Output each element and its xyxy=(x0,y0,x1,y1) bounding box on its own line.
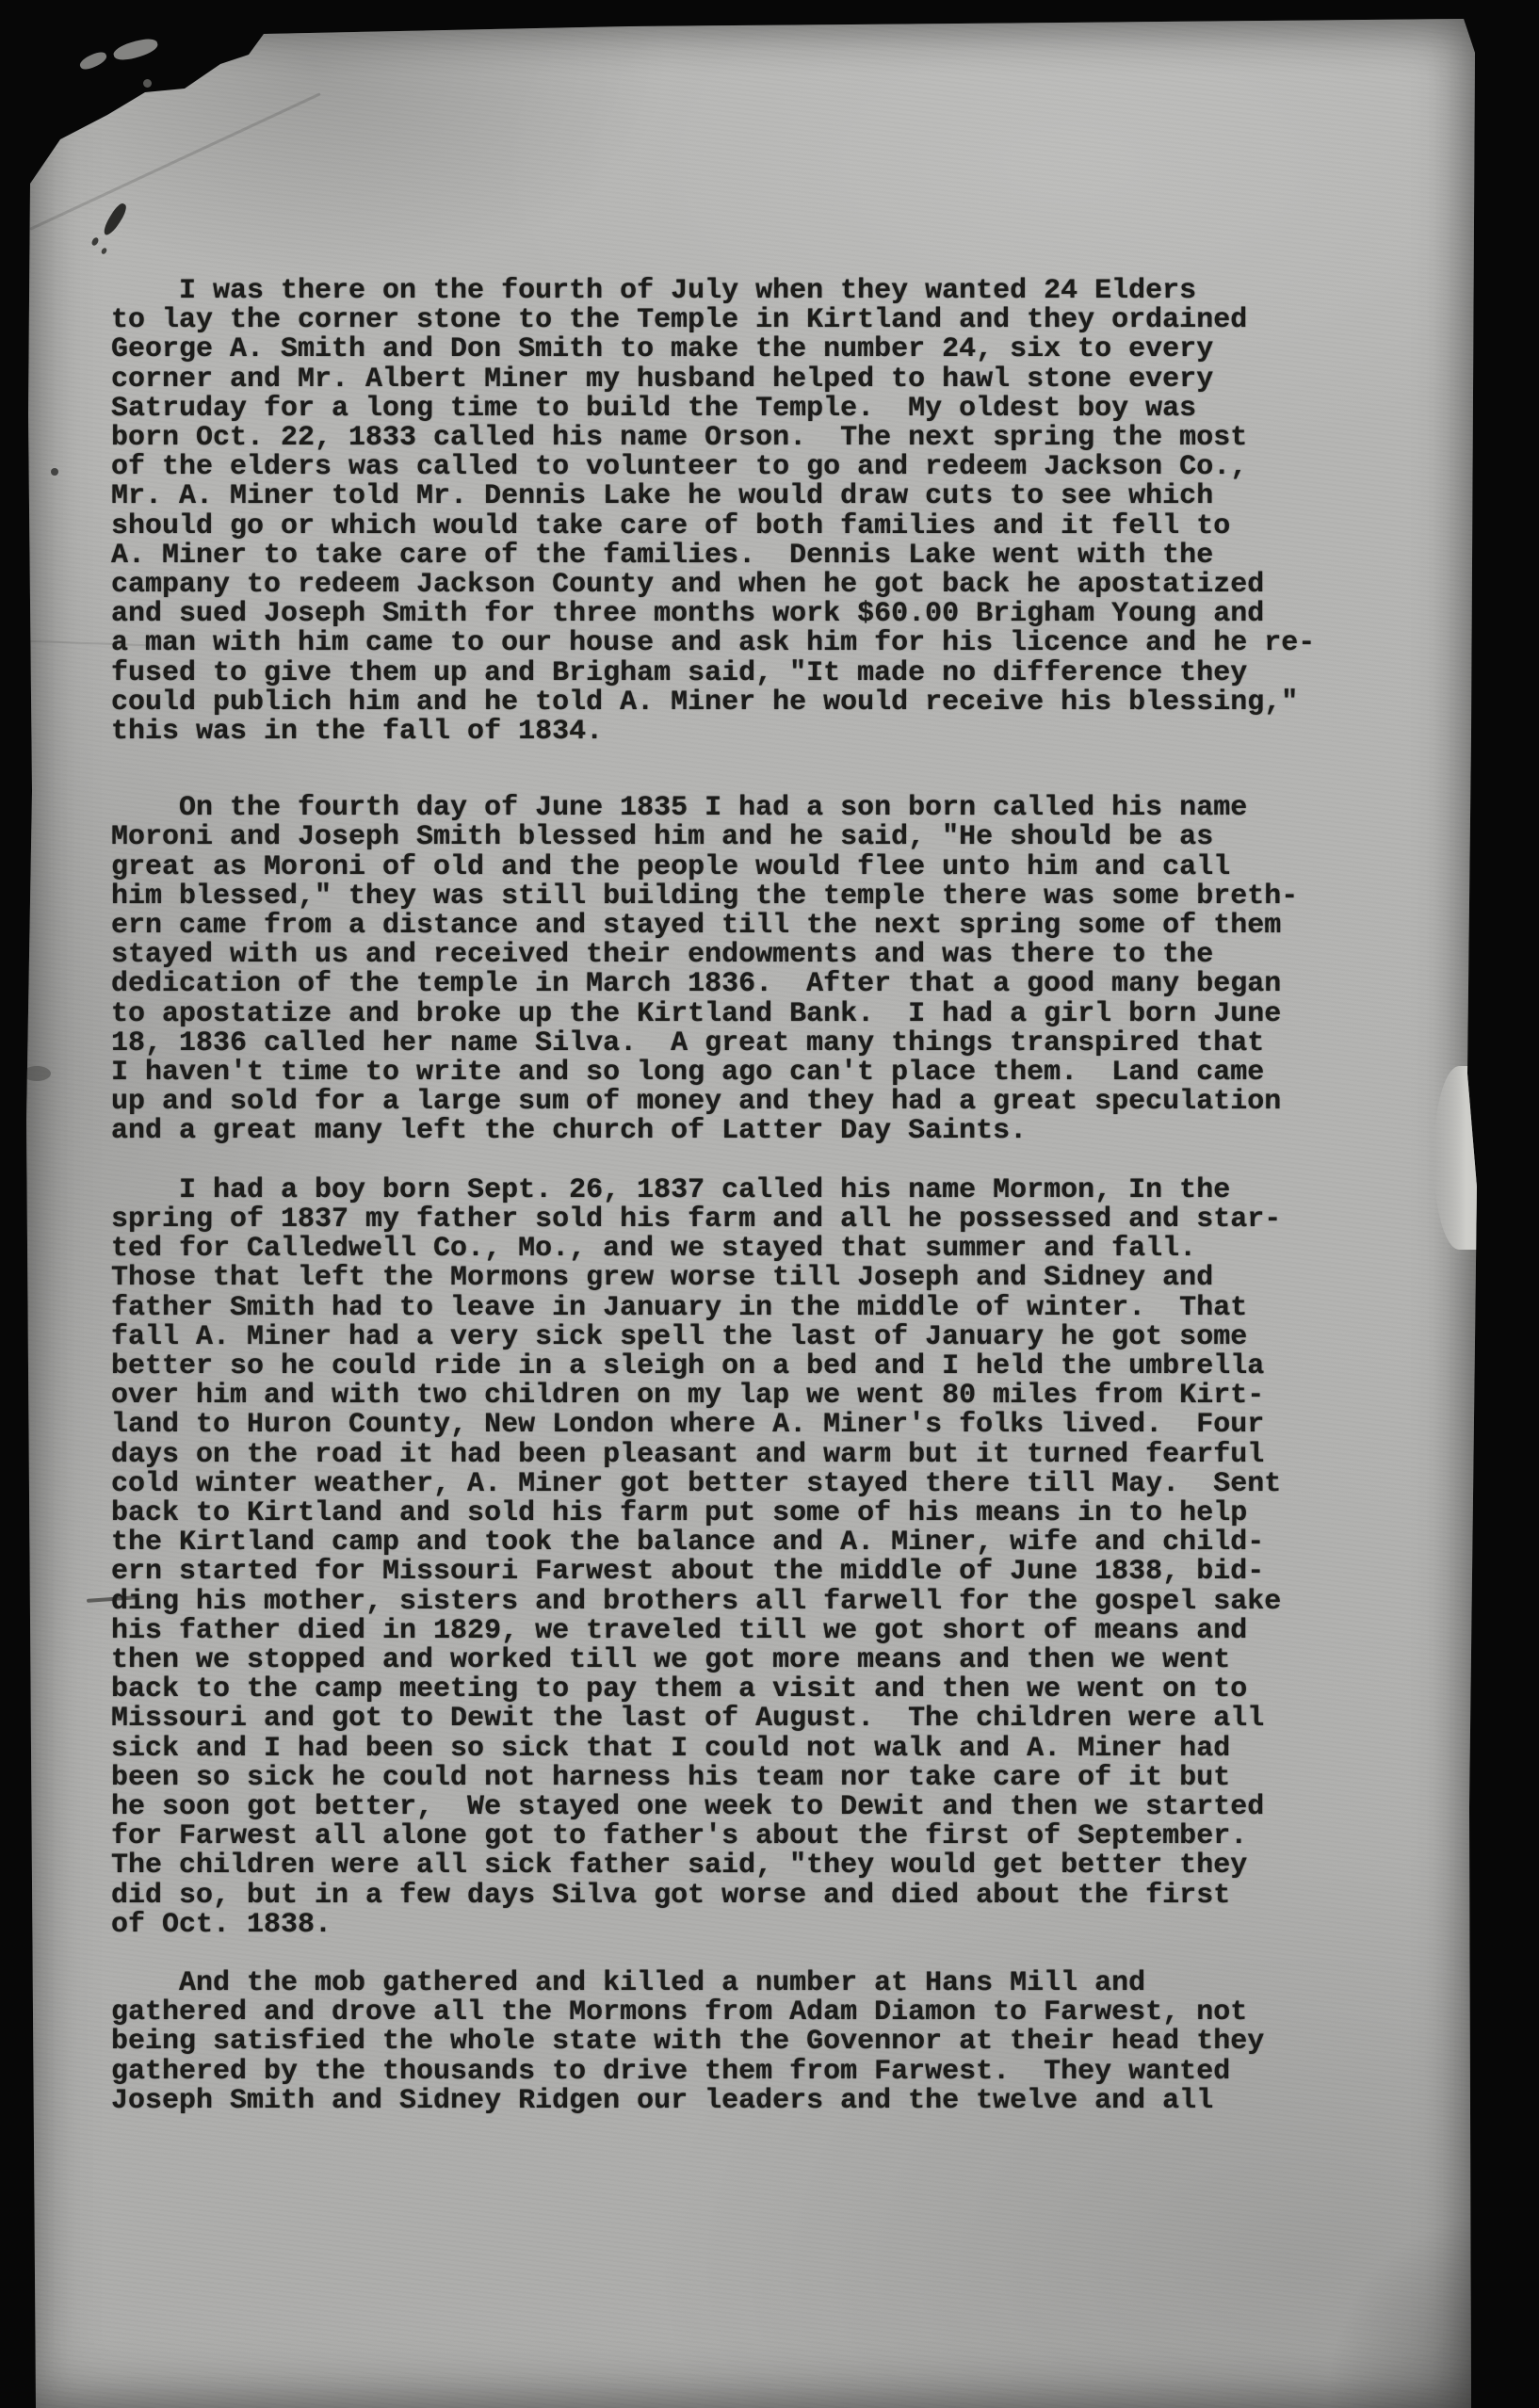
paragraph: I was there on the fourth of July when t… xyxy=(111,277,1315,747)
paper-fragment xyxy=(143,79,152,88)
ink-speck xyxy=(51,468,58,476)
paper-fragment xyxy=(78,49,109,72)
ink-blot xyxy=(101,202,129,238)
ink-speck xyxy=(101,247,108,255)
paragraph: On the fourth day of June 1835 I had a s… xyxy=(111,794,1315,1146)
paper-tear xyxy=(23,1066,51,1081)
paper-fragment xyxy=(112,36,160,64)
document-text: I was there on the fourth of July when t… xyxy=(111,277,1315,2116)
scan-background: I was there on the fourth of July when t… xyxy=(0,0,1539,2408)
ink-speck xyxy=(90,236,100,247)
paper-tear xyxy=(1434,1066,1477,1250)
paper-shading xyxy=(1326,2213,1515,2408)
paper-crease xyxy=(29,92,320,230)
paragraph: I had a boy born Sept. 26, 1837 called h… xyxy=(111,1176,1315,1940)
paper-sheet: I was there on the fourth of July when t… xyxy=(26,19,1477,2408)
paragraph: And the mob gathered and killed a number… xyxy=(111,1969,1315,2116)
